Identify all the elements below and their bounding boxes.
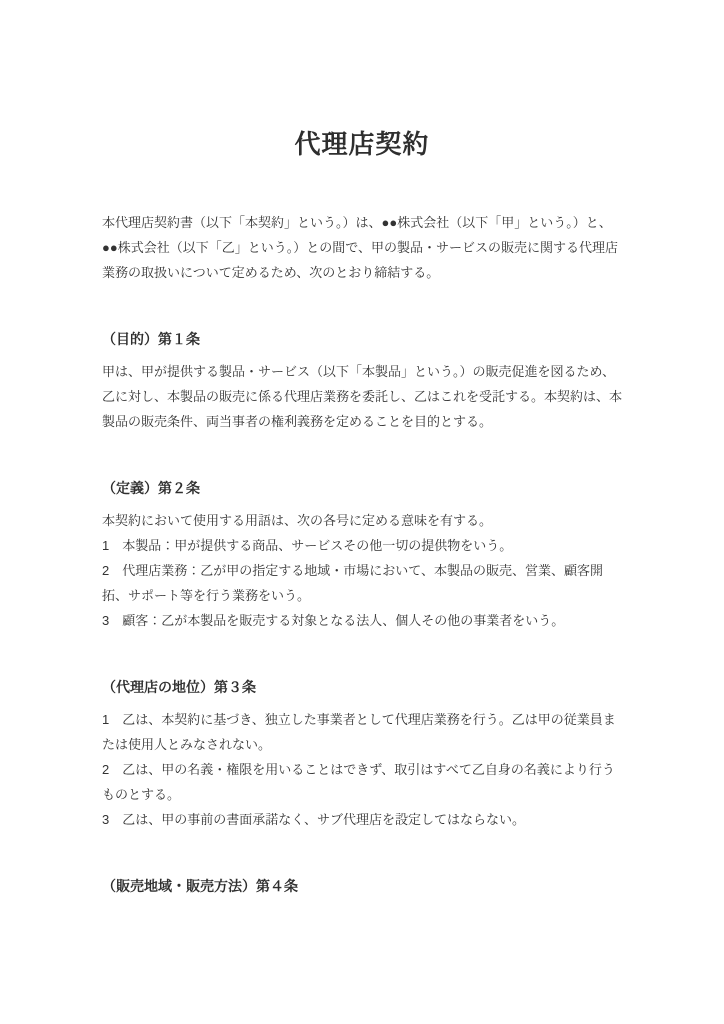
section-sales-territory-article4: （販売地域・販売方法）第４条 — [102, 874, 622, 899]
section-definitions-article2: （定義）第２条 本契約において使用する用語は、次の各号に定める意味を有する。 1… — [102, 476, 622, 633]
section-paragraph: 甲は、甲が提供する製品・サービス（以下「本製品」という。）の販売促進を図るため、… — [102, 359, 622, 434]
numbered-item-1: 1 乙は、本契約に基づき、独立した事業者として代理店業務を行う。乙は甲の従業員ま… — [102, 707, 622, 757]
section-heading-article2: （定義）第２条 — [102, 476, 622, 501]
numbered-item-2: 2 代理店業務：乙が甲の指定する地域・市場において、本製品の販売、営業、顧客開拓… — [102, 558, 622, 608]
document-title: 代理店契約 — [102, 126, 622, 162]
intro-paragraph: 本代理店契約書（以下「本契約」という。）は、●●株式会社（以下「甲」という。）と… — [102, 210, 622, 285]
section-purpose-article1: （目的）第１条 甲は、甲が提供する製品・サービス（以下「本製品」という。）の販売… — [102, 327, 622, 434]
section-paragraph: 本契約において使用する用語は、次の各号に定める意味を有する。 — [102, 508, 622, 533]
section-heading-article4: （販売地域・販売方法）第４条 — [102, 874, 622, 899]
document-page: 代理店契約 本代理店契約書（以下「本契約」という。）は、●●株式会社（以下「甲」… — [0, 0, 724, 1024]
numbered-item-3: 3 顧客：乙が本製品を販売する対象となる法人、個人その他の事業者をいう。 — [102, 608, 622, 633]
section-heading-article3: （代理店の地位）第３条 — [102, 675, 622, 700]
section-heading-article1: （目的）第１条 — [102, 327, 622, 352]
numbered-item-1: 1 本製品：甲が提供する商品、サービスその他一切の提供物をいう。 — [102, 533, 622, 558]
numbered-item-2: 2 乙は、甲の名義・権限を用いることはできず、取引はすべて乙自身の名義により行う… — [102, 757, 622, 807]
numbered-item-3: 3 乙は、甲の事前の書面承諾なく、サブ代理店を設定してはならない。 — [102, 807, 622, 832]
section-agent-status-article3: （代理店の地位）第３条 1 乙は、本契約に基づき、独立した事業者として代理店業務… — [102, 675, 622, 832]
